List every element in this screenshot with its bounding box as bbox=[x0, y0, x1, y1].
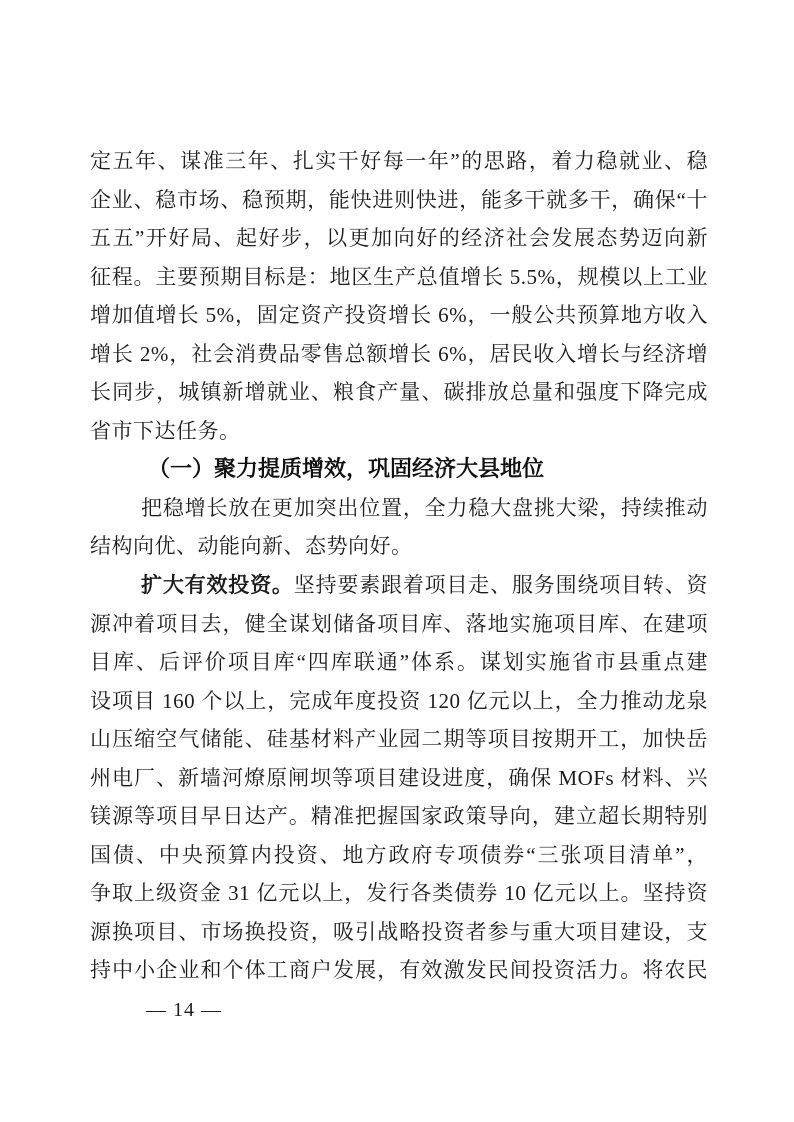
text-line: 结构向优、动能向新、态势向好。 bbox=[90, 527, 708, 566]
text-line: 征程。主要预期目标是：地区生产总值增长 5.5%，规模以上工业 bbox=[90, 258, 708, 297]
text-line: 定五年、谋准三年、扎实干好每一年”的思路，着力稳就业、稳 bbox=[90, 142, 708, 181]
text-line: 企业、稳市场、稳预期，能快进则快进，能多干就多干，确保“十 bbox=[90, 181, 708, 220]
text-line: 增加值增长 5%，固定资产投资增长 6%，一般公共预算地方收入 bbox=[90, 296, 708, 335]
text-line: 增长 2%，社会消费品零售总额增长 6%，居民收入增长与经济增 bbox=[90, 335, 708, 374]
text-line: 持中小企业和个体工商户发展，有效激发民间投资活力。将农民 bbox=[90, 951, 708, 990]
text-line: 镁源等项目早日达产。精准把握国家政策导向，建立超长期特别 bbox=[90, 797, 708, 836]
text-line: 设项目 160 个以上，完成年度投资 120 亿元以上，全力推动龙泉 bbox=[90, 682, 708, 721]
text-line: 国债、中央预算内投资、地方政府专项债券“三张项目清单”， bbox=[90, 836, 708, 875]
text-line: 把稳增长放在更加突出位置，全力稳大盘挑大梁，持续推动 bbox=[90, 489, 708, 528]
text-line: 五五”开好局、起好步，以更加向好的经济社会发展态势迈向新 bbox=[90, 219, 708, 258]
text-line: 源冲着项目去，健全谋划储备项目库、落地实施项目库、在建项 bbox=[90, 605, 708, 644]
text-line: 长同步，城镇新增就业、粮食产量、碳排放总量和强度下降完成 bbox=[90, 373, 708, 412]
text-line: 目库、后评价项目库“四库联通”体系。谋划实施省市县重点建 bbox=[90, 643, 708, 682]
text-line: 扩大有效投资。坚持要素跟着项目走、服务围绕项目转、资 bbox=[90, 566, 708, 605]
text-line: 源换项目、市场换投资，吸引战略投资者参与重大项目建设，支 bbox=[90, 913, 708, 952]
document-body: 定五年、谋准三年、扎实干好每一年”的思路，着力稳就业、稳企业、稳市场、稳预期，能… bbox=[90, 142, 708, 990]
section-heading: （一）聚力提质增效，巩固经济大县地位 bbox=[90, 450, 708, 489]
text-line: 省市下达任务。 bbox=[90, 412, 708, 451]
text-line: 州电厂、新墙河燎原闸坝等项目建设进度，确保 MOFs 材料、兴 bbox=[90, 759, 708, 798]
text-line: 争取上级资金 31 亿元以上，发行各类债券 10 亿元以上。坚持资 bbox=[90, 874, 708, 913]
document-page: 定五年、谋准三年、扎实干好每一年”的思路，着力稳就业、稳企业、稳市场、稳预期，能… bbox=[0, 0, 794, 1122]
text-line: 山压缩空气储能、硅基材料产业园二期等项目按期开工，加快岳 bbox=[90, 720, 708, 759]
page-number: — 14 — bbox=[146, 998, 222, 1022]
bold-lead-text: 扩大有效投资。 bbox=[141, 573, 294, 597]
